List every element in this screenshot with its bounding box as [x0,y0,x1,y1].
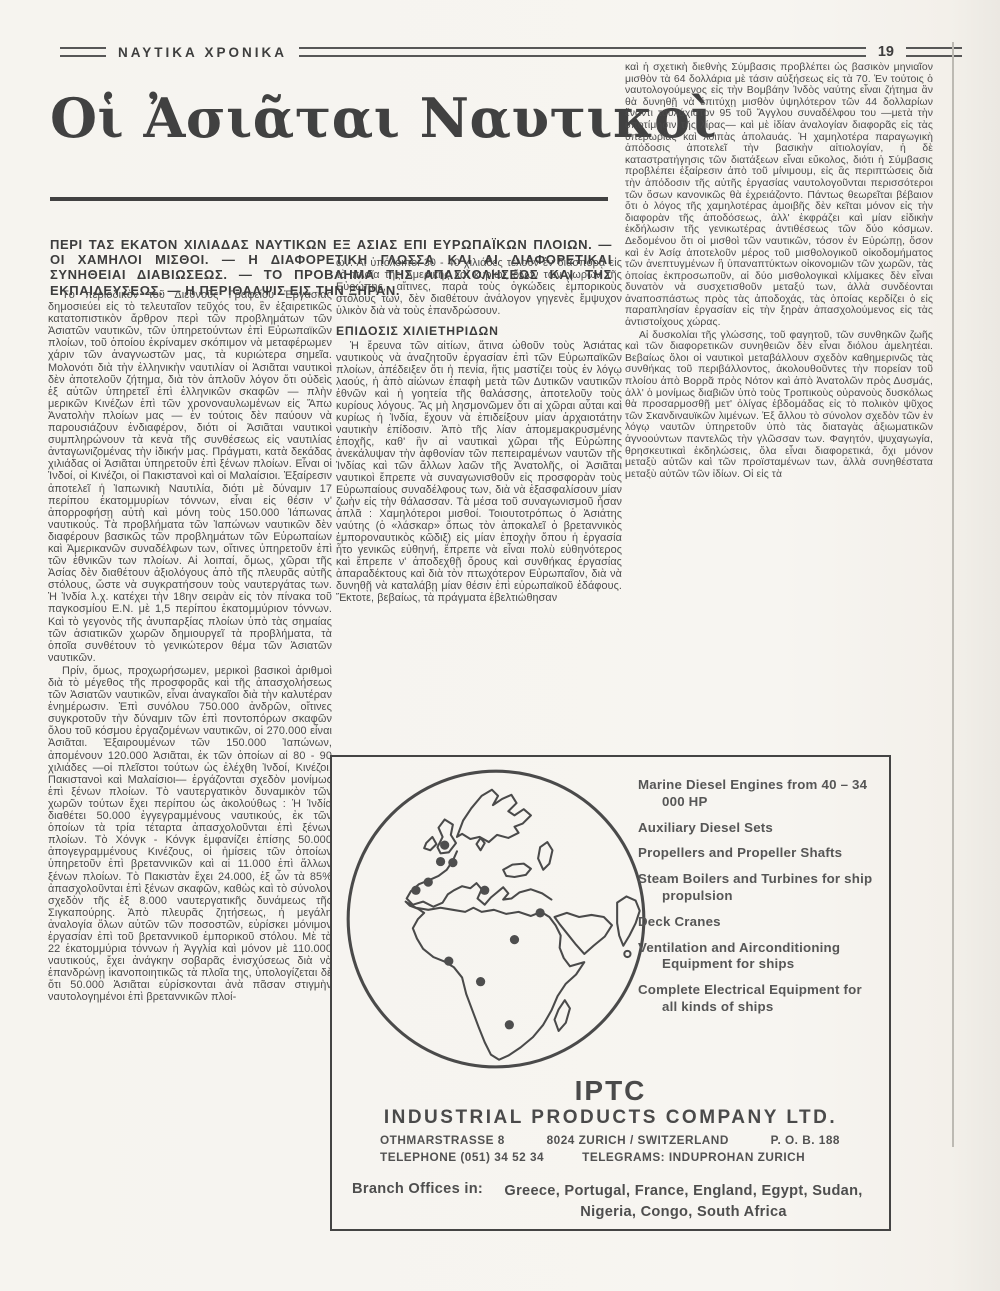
paragraph: καὶ ἡ σχετικὴ διεθνὴς Σύμβασις προβλέπει… [625,62,933,329]
company-contact-line: TELEPHONE (051) 34 52 34 TELEGRAMS: INDU… [380,1150,810,1164]
branch-location-dot [510,935,519,944]
branch-location-dot [476,977,485,986]
article-column-left: Τὸ περιοδικὸν τοῦ Διεθνοῦς Γραφείου Ἐργα… [48,289,332,1277]
header-rule-left [60,47,106,57]
map-ceylon [624,951,630,957]
map-caspian-sea [538,842,552,870]
header-rule-middle [299,47,866,57]
paragraph: ων. Αἱ ὑπόλοιποι 30 - 40 χιλιάδες τελοῦν… [336,257,622,317]
branch-offices-label: Branch Offices in: [352,1181,483,1223]
branch-offices: Branch Offices in: Greece, Portugal, Fra… [352,1181,868,1223]
masthead-title: ΝΑΥΤΙΚΑ ΧΡΟΝΙΚΑ [118,45,287,60]
branch-location-dot [436,857,445,866]
product-item: Auxiliary Diesel Sets [638,820,876,837]
company-logo: IPTC [332,1075,889,1107]
branch-offices-list: Greece, Portugal, France, England, Egypt… [499,1181,868,1223]
map-scandinavia [457,790,531,842]
map-black-sea [503,864,531,877]
map-arabia [555,913,612,954]
map-africa [406,902,585,1060]
map-ireland [424,837,436,850]
product-item: Complete Electrical Equipment for all ki… [638,982,876,1016]
page-edge-scan-line [952,42,954,1147]
company-city: 8024 ZURICH / SWITZERLAND [547,1133,729,1147]
branch-location-dot [536,908,545,917]
product-item: Propellers and Propeller Shafts [638,845,876,862]
branch-location-dot [448,858,457,867]
map-india [617,896,640,945]
product-list: Marine Diesel Engines from 40 – 34 000 H… [638,777,876,1025]
branch-location-dot [440,841,449,850]
product-item: Ventilation and Airconditioning Equipmen… [638,940,876,974]
globe-map-illustration [342,763,650,1071]
product-item: Steam Boilers and Turbines for ship prop… [638,871,876,905]
page-header: ΝΑΥΤΙΚΑ ΧΡΟΝΙΚΑ 19 [60,44,962,60]
product-item: Deck Cranes [638,914,876,931]
paragraph: Πρίν, ὅμως, προχωρήσωμεν, μερικοὶ βασικο… [48,665,332,1004]
page-number: 19 [878,44,894,60]
branch-location-dot [444,957,453,966]
branch-location-dot [424,877,433,886]
paragraph: Τὸ περιοδικὸν τοῦ Διεθνοῦς Γραφείου Ἐργα… [48,289,332,664]
section-heading: ΕΠΙΔΟΣΙΣ ΧΙΛΙΕΤΗΡΙΔΩΝ [336,325,622,337]
title-underline [50,197,608,201]
company-address-line: OTHMARSTRASSE 8 8024 ZURICH / SWITZERLAN… [380,1133,840,1147]
magazine-page: ΝΑΥΤΙΚΑ ΧΡΟΝΙΚΑ 19 Οἱ Ἀσιᾶται Ναυτικοὶ Π… [0,0,1000,1291]
product-item: Marine Diesel Engines from 40 – 34 000 H… [638,777,876,811]
company-pob: P. O. B. 188 [771,1133,840,1147]
company-telephone: TELEPHONE (051) 34 52 34 [380,1150,544,1164]
globe-dots [411,841,544,1030]
advertisement-box: Marine Diesel Engines from 40 – 34 000 H… [330,755,891,1231]
article-column-right: καὶ ἡ σχετικὴ διεθνὴς Σύμβασις προβλέπει… [625,62,933,750]
branch-location-dot [505,1020,514,1029]
globe-circle [348,771,644,1067]
paragraph: Ἡ ἔρευνα τῶν αἰτίων, ἅτινα ὠθοῦν τοὺς Ἀσ… [336,340,622,604]
article-title: Οἱ Ἀσιᾶται Ναυτικοὶ [50,86,620,150]
branch-location-dot [411,886,420,895]
company-telegrams: TELEGRAMS: INDUPROHAN ZURICH [582,1150,805,1164]
map-madagascar [555,1000,570,1031]
article-column-middle: ων. Αἱ ὑπόλοιποι 30 - 40 χιλιάδες τελοῦν… [336,257,622,749]
company-name: INDUSTRIAL PRODUCTS COMPANY LTD. [332,1107,889,1129]
company-street: OTHMARSTRASSE 8 [380,1133,505,1147]
paragraph: Αἱ δυσκολίαι τῆς γλώσσης, τοῦ φαγητοῦ, τ… [625,330,933,481]
branch-location-dot [480,886,489,895]
